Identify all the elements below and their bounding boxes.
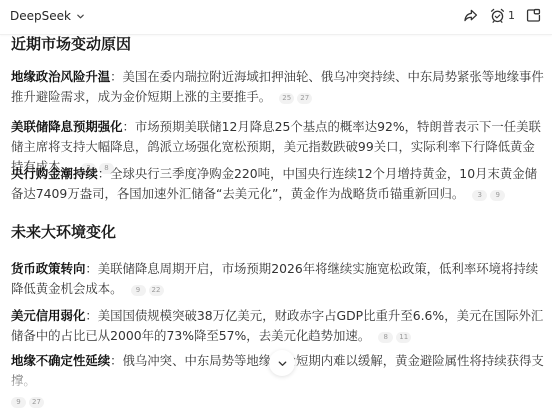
list-item: 央行购金潮持续：全球央行三季度净购金220吨，中国央行连续12个月增持黄金，10… xyxy=(11,164,547,204)
citation-badge[interactable]: 8 xyxy=(378,332,393,343)
item-label: 美联储降息预期强化 xyxy=(11,119,123,134)
model-selector[interactable]: DeepSeek xyxy=(10,9,85,23)
list-item: 地缘政治风险升温：美国在委内瑞拉附近海域扣押油轮、俄乌冲突持续、中东局势紧张等地… xyxy=(11,67,547,107)
citation-badge[interactable]: 3 xyxy=(472,190,487,201)
section-title: 未来大环境变化 xyxy=(11,221,116,242)
share-button[interactable] xyxy=(462,7,479,24)
citation-badge[interactable]: 9 xyxy=(131,285,146,296)
list-item: 货币政策转向：美联储降息周期开启，市场预期2026年将继续实施宽松政策，低利率环… xyxy=(11,259,547,299)
item-label: 地缘不确定性延续 xyxy=(11,353,110,368)
app-name: DeepSeek xyxy=(10,9,71,23)
top-bar: DeepSeek 1 xyxy=(0,0,552,35)
item-label: 货币政策转向 xyxy=(11,261,85,276)
list-item: 美元信用弱化：美国国债规模突破38万亿美元，财政赤字占GDP比重升至6.6%，美… xyxy=(11,306,547,346)
citation-badge[interactable]: 25 xyxy=(279,93,294,104)
item-label: 美元信用弱化 xyxy=(11,308,85,323)
item-label: 地缘政治风险升温 xyxy=(11,69,110,84)
scroll-to-bottom-button[interactable] xyxy=(269,350,295,376)
chevron-down-icon xyxy=(277,358,288,369)
new-chat-button[interactable] xyxy=(525,7,542,24)
alarm-count: 1 xyxy=(508,9,515,22)
alarm-clock-icon xyxy=(489,7,506,24)
chevron-down-icon xyxy=(76,12,85,21)
section-title: 近期市场变动原因 xyxy=(11,33,131,54)
citation-badge[interactable]: 22 xyxy=(149,285,164,296)
citation-badge[interactable]: 11 xyxy=(396,332,411,343)
alarm-button[interactable]: 1 xyxy=(489,7,515,24)
share-icon xyxy=(462,7,479,24)
citation-badge[interactable]: 27 xyxy=(297,93,312,104)
citation-badge[interactable]: 9 xyxy=(490,190,505,201)
item-label: 央行购金潮持续 xyxy=(11,166,98,181)
new-chat-icon xyxy=(525,7,542,24)
